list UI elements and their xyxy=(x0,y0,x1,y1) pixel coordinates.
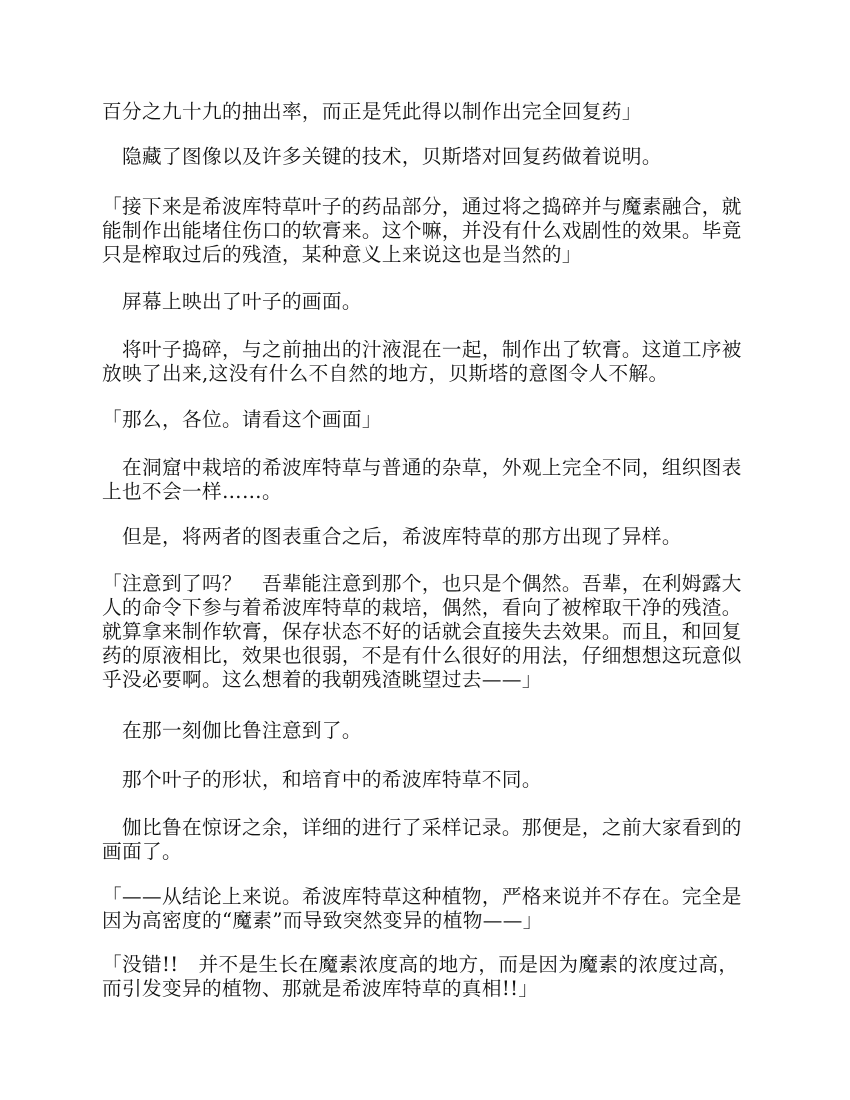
paragraph-4: 屏幕上映出了叶子的画面。 xyxy=(102,290,742,314)
paragraph-14: 「没错!! 并不是生长在魔素浓度高的地方，而是因为魔素的浓度过高，而引发变异的植… xyxy=(102,953,742,1001)
paragraph-7: 在洞窟中栽培的希波库特草与普通的杂草，外观上完全不同，组织图表上也不会一样……。 xyxy=(102,456,742,504)
paragraph-8: 但是，将两者的图表重合之后，希波库特草的那方出现了异样。 xyxy=(102,525,742,549)
paragraph-6: 「那么，各位。请看这个画面」 xyxy=(102,408,742,432)
paragraph-9: 「注意到了吗？ 吾辈能注意到那个，也只是个偶然。吾辈，在利姆露大人的命令下参与着… xyxy=(102,572,742,692)
paragraph-13: 「——从结论上来说。希波库特草这种植物，严格来说并不存在。完全是因为高密度的“魔… xyxy=(102,885,742,933)
paragraph-1: 百分之九十九的抽出率，而正是凭此得以制作出完全回复药」 xyxy=(102,100,742,124)
paragraph-5: 将叶子捣碎，与之前抽出的汁液混在一起，制作出了软膏。这道工序被放映了出来,这没有… xyxy=(102,338,742,386)
paragraph-12: 伽比鲁在惊讶之余，详细的进行了采样记录。那便是，之前大家看到的画面了。 xyxy=(102,816,742,864)
paragraph-10: 在那一刻伽比鲁注意到了。 xyxy=(102,719,742,743)
paragraph-3: 「接下来是希波库特草叶子的药品部分，通过将之捣碎并与魔素融合，就能制作出能堵住伤… xyxy=(102,195,742,267)
paragraph-2: 隐藏了图像以及许多关键的技术，贝斯塔对回复药做着说明。 xyxy=(102,145,742,169)
paragraph-11: 那个叶子的形状，和培育中的希波库特草不同。 xyxy=(102,768,742,792)
